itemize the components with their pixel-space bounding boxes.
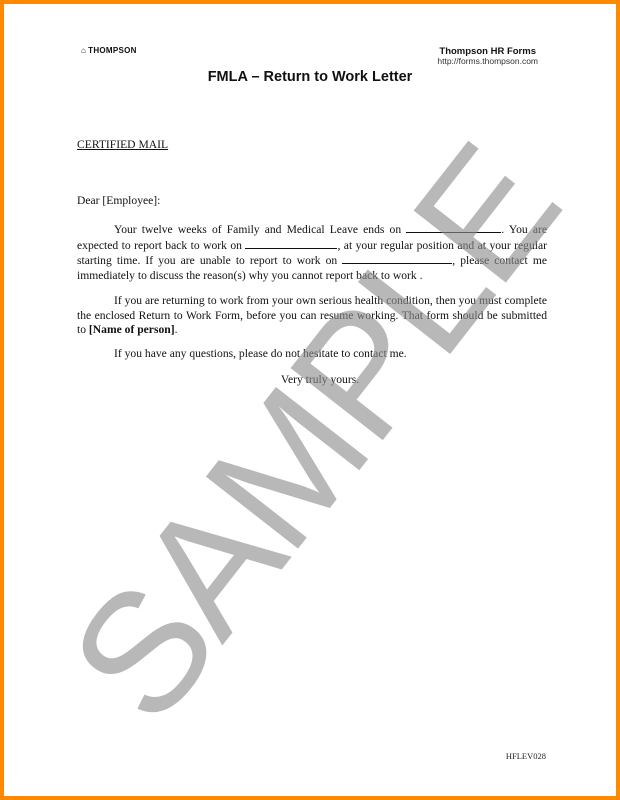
blank-report-date[interactable] (342, 253, 452, 264)
closing: Very truly yours. (77, 373, 547, 388)
name-of-person-placeholder: [Name of person] (89, 323, 175, 336)
thompson-logo: ⌂THOMPSON (81, 46, 137, 55)
form-code: HFLEV028 (506, 751, 546, 761)
brand-block: Thompson HR Forms http://forms.thompson.… (437, 47, 538, 66)
blank-leave-end-date[interactable] (406, 222, 501, 233)
thompson-logo-icon: ⌂ (81, 46, 86, 55)
p1-text-a: Your twelve weeks of Family and Medical … (114, 223, 406, 236)
p2-end: . (175, 323, 178, 336)
document-title: FMLA – Return to Work Letter (4, 69, 616, 85)
paragraph-questions: If you have any questions, please do not… (77, 347, 547, 362)
paragraph-health-condition: If you are returning to work from your o… (77, 294, 547, 338)
document-page: ⌂THOMPSON Thompson HR Forms http://forms… (4, 4, 616, 796)
brand-url: http://forms.thompson.com (437, 57, 538, 66)
logo-text: THOMPSON (88, 46, 137, 55)
paragraph-leave-end: Your twelve weeks of Family and Medical … (77, 222, 547, 283)
sample-watermark: SAMPLE (42, 119, 586, 748)
blank-return-date[interactable] (245, 238, 337, 249)
certified-mail-label: CERTIFIED MAIL (77, 138, 547, 153)
closing-text: Very truly yours. (281, 373, 359, 388)
salutation: Dear [Employee]: (77, 194, 547, 209)
